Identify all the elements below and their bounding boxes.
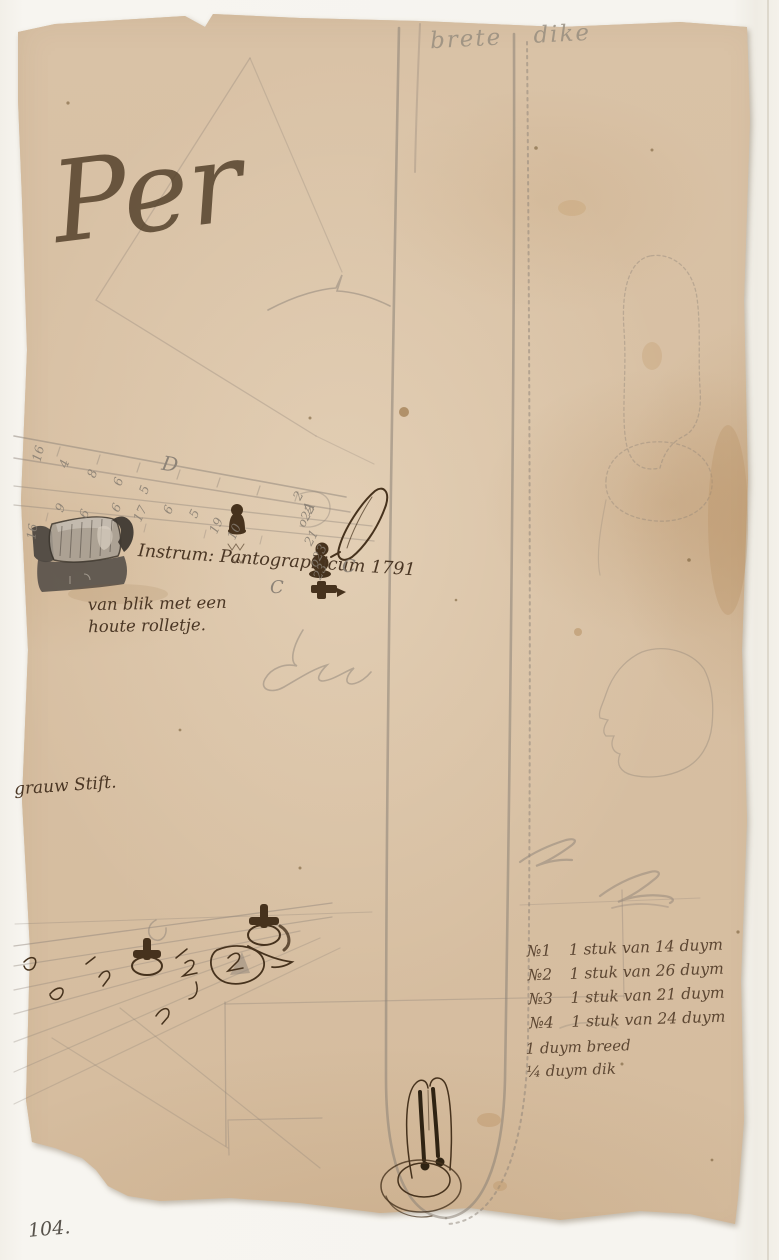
material-note-line1: van blik met een <box>88 592 227 616</box>
pen-trial-flourish: Per <box>45 117 250 269</box>
stain-upper-middle <box>558 200 586 216</box>
pin2-ring-shade <box>280 926 289 950</box>
parts-list: №1 1 stuk van 14 duym №2 1 stuk van 26 d… <box>526 933 725 1036</box>
frame-vertical-1 <box>225 1002 226 1146</box>
z-squiggle-2 <box>600 871 673 903</box>
stain-dot-head <box>574 628 582 636</box>
z-squiggle-2-underline <box>612 904 668 908</box>
inventory-number: 104. <box>27 1216 71 1242</box>
fork-base-sketchline <box>386 1196 432 1217</box>
construction-line-2 <box>250 58 342 272</box>
cleat-pin-flange <box>337 588 346 597</box>
roller-wash-drawing <box>32 517 134 592</box>
ink-mark-4 <box>99 971 110 986</box>
head-profile-outline <box>599 649 712 777</box>
ruler-number: 16 <box>23 523 40 541</box>
material-note: van blik met een houte rolletje. <box>88 592 228 638</box>
parts-row-number: №1 <box>526 938 569 963</box>
small-circle-c <box>149 920 166 940</box>
pin2-bar <box>249 917 279 925</box>
stain-bottom-1 <box>477 1113 501 1127</box>
ink-mark-6 <box>176 949 187 958</box>
fan-desc-1 <box>120 1008 320 1168</box>
stain-blob <box>642 342 662 370</box>
cleat-pin-stem <box>317 581 326 599</box>
stain-bottom-2 <box>493 1181 507 1191</box>
z-squiggle-1 <box>520 839 575 866</box>
ink-mark-7 <box>183 960 197 976</box>
stylus-loop <box>338 489 387 560</box>
ink-mark-2 <box>50 988 63 999</box>
fork-prong-left <box>420 1092 424 1160</box>
strip-top-extra-line <box>415 24 420 172</box>
strip-right-edge <box>446 34 514 1218</box>
flourish-middle-scribble <box>263 630 371 690</box>
strip-outer-dotted-edge <box>448 42 530 1224</box>
flourish-seven <box>268 275 390 310</box>
stain-dot-strip <box>399 407 409 417</box>
right-edge-stain <box>708 425 748 615</box>
fork-middle-split <box>428 1090 429 1130</box>
fork-prong-right <box>433 1089 438 1156</box>
blob-outline-round <box>606 442 712 521</box>
reference-letter-c2: C <box>270 577 284 598</box>
reference-letter-c1: C <box>342 556 356 577</box>
ink-mark-5 <box>156 1009 169 1024</box>
material-note-line2: houte rolletje. <box>88 614 227 638</box>
blob-tail-1 <box>598 500 606 575</box>
blob-outline-tall <box>623 255 700 469</box>
ink-mark-8 <box>189 982 197 999</box>
fan-line-7 <box>14 948 340 1104</box>
dimension-notes: 1 duym breed ¼ duym dik <box>525 1034 632 1084</box>
dimension-note-line2: ¼ duym dik <box>526 1057 632 1084</box>
parts-row-number: №2 <box>527 962 570 987</box>
parts-row-number: №3 <box>528 986 571 1011</box>
fan-desc-2 <box>52 1038 228 1148</box>
frame-box-partial <box>228 1118 322 1155</box>
ink-mark-3 <box>86 957 95 964</box>
strip-left-edge <box>386 28 446 1218</box>
construction-line-3 <box>316 436 374 464</box>
parts-row-number: №4 <box>529 1010 572 1035</box>
